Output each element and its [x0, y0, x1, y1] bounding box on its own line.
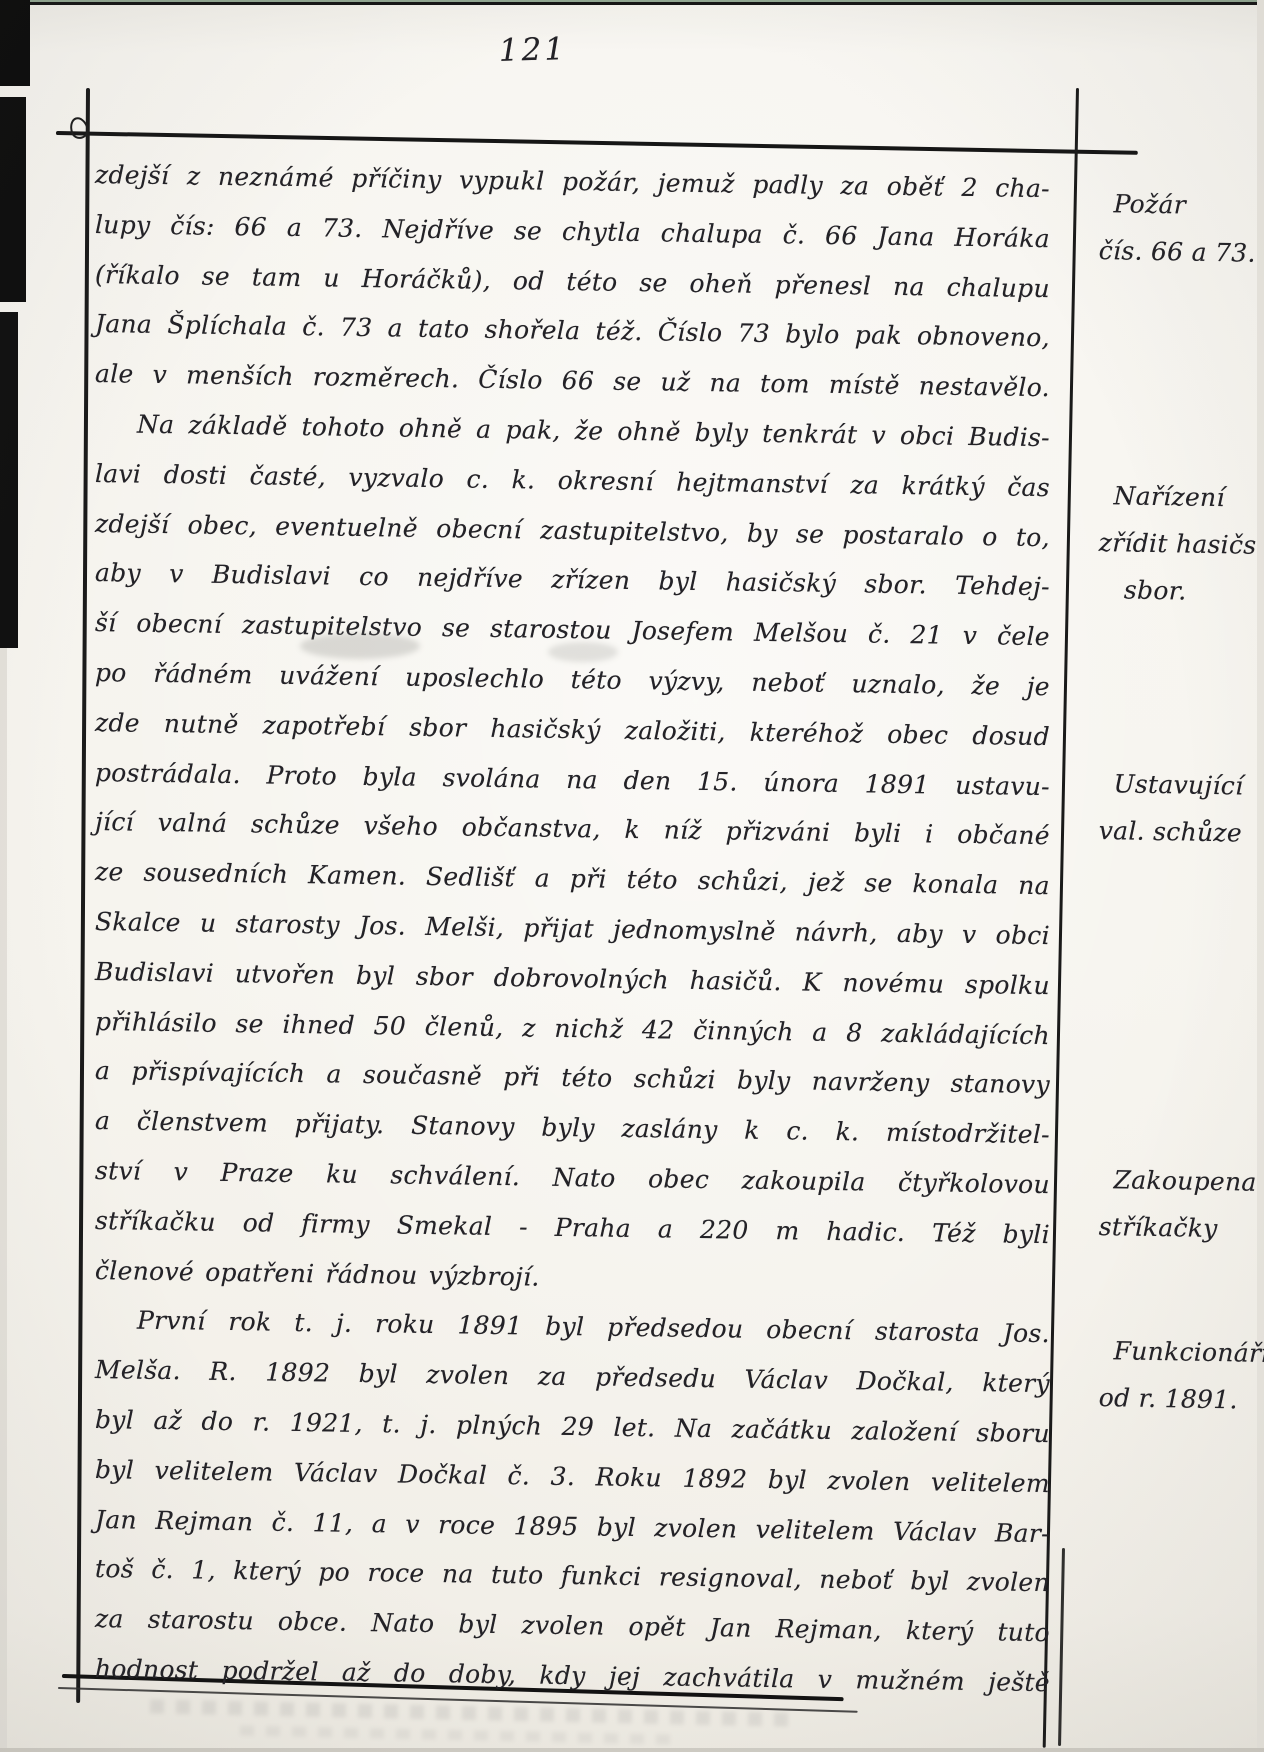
ghost-text-smudge [240, 1725, 670, 1744]
scanned-chronicle-page: 121 zdejší z neznámé příčiny vypukl požá… [0, 0, 1264, 1752]
scan-left-edge-strip [0, 0, 30, 86]
scan-bottom-edge-shadow [0, 1748, 1264, 1752]
margin-note-line: Funkcionáři [1099, 1327, 1264, 1378]
margin-note-line: stříkačky [1098, 1203, 1264, 1254]
scan-left-edge-strip [0, 312, 18, 648]
manuscript-text-block: zdejší z neznámé příčiny vypukl požár, j… [95, 150, 1050, 1694]
margin-note-line: sbor. [1098, 566, 1264, 617]
scan-left-edge-shadow [0, 648, 7, 1752]
ghost-text-smudge [150, 1699, 790, 1726]
margin-note-line: čís. 66 a 73. [1098, 227, 1264, 278]
scan-left-edge-strip [0, 97, 26, 302]
margin-note-fire: Požár čís. 66 a 73. [1098, 180, 1264, 278]
margin-note-officials: Funkcionáři od r. 1891. [1098, 1327, 1264, 1425]
margin-note-line: Nařízení [1099, 472, 1264, 523]
scan-top-edge-line [0, 2, 1264, 5]
margin-note-line: Ustavující [1099, 760, 1264, 811]
margin-note-assembly: Ustavující val. schůze [1098, 760, 1264, 858]
margin-note-line: Požár [1099, 180, 1264, 231]
margin-note-line: Zakoupena [1099, 1156, 1264, 1207]
margin-note-purchase: Zakoupena stříkačky [1098, 1156, 1264, 1254]
page-number: 121 [468, 30, 599, 69]
margin-note-line: od r. 1891. [1098, 1374, 1264, 1425]
ink-smudge [300, 633, 420, 659]
margin-note-line: val. schůze [1098, 807, 1264, 858]
right-margin-rule-double [1058, 1548, 1065, 1746]
margin-note-line: zřídit hasičs [1098, 519, 1264, 570]
left-margin-rule [76, 88, 90, 1703]
margin-note-order: Nařízení zřídit hasičs sbor. [1098, 472, 1264, 617]
ink-smudge [548, 642, 618, 662]
